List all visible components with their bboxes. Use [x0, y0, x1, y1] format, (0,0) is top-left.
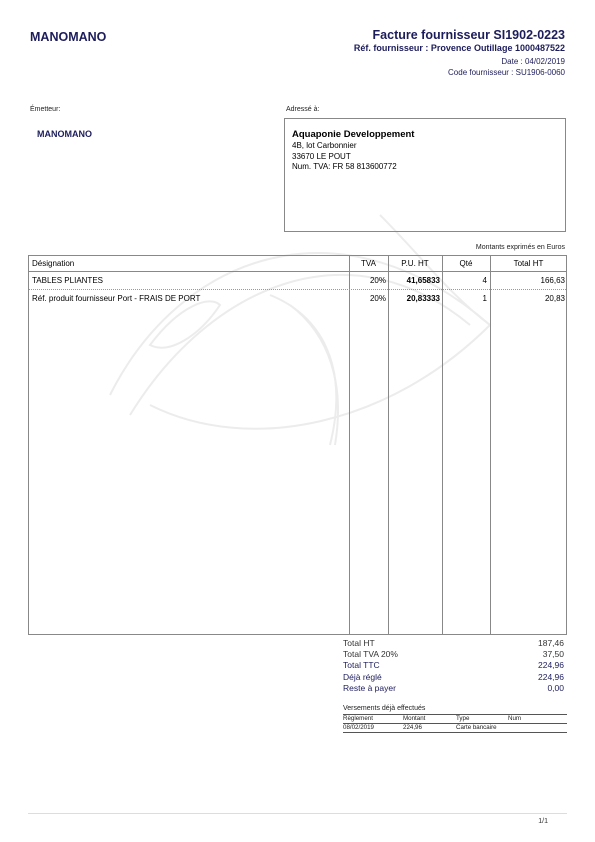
recipient-address-box: Aquaponie Developpement 4B, lot Carbonni…	[284, 118, 566, 232]
line-unit-price: 41,65833	[388, 272, 440, 289]
total-tva-line: Total TVA 20% 37,50	[343, 649, 564, 660]
line-qty: 4	[442, 272, 487, 289]
payments-title: Versements déjà effectués	[343, 705, 567, 712]
total-ht-label: Total HT	[343, 638, 375, 649]
column-header-qty: Qté	[442, 256, 490, 271]
recipient-vat-number: Num. TVA: FR 58 813600772	[292, 162, 414, 173]
line-designation: Réf. produit fournisseur Port - FRAIS DE…	[32, 290, 342, 307]
emitter-name: MANOMANO	[37, 129, 92, 139]
table-header: Désignation TVA P.U. HT Qté Total HT	[29, 256, 566, 272]
remaining-value: 0,00	[547, 683, 564, 694]
footer-divider	[28, 813, 567, 814]
column-divider	[349, 256, 350, 634]
line-tva: 20%	[349, 272, 386, 289]
total-ttc-label: Total TTC	[343, 660, 380, 671]
table-row: Réf. produit fournisseur Port - FRAIS DE…	[29, 290, 566, 307]
total-ttc-value: 224,96	[538, 660, 564, 671]
recipient-address-line1: 4B, lot Carbonnier	[292, 141, 414, 152]
remaining-label: Reste à payer	[343, 683, 396, 694]
line-total-ht: 166,63	[490, 272, 565, 289]
company-name: MANOMANO	[30, 30, 106, 44]
line-qty: 1	[442, 290, 487, 307]
recipient-label: Adressé à:	[286, 106, 319, 113]
table-row: TABLES PLIANTES 20% 41,65833 4 166,63	[29, 272, 566, 290]
invoice-date: Date : 04/02/2019	[501, 57, 565, 66]
invoice-title: Facture fournisseur SI1902-0223	[373, 28, 565, 42]
payment-type: Carte bancaire	[456, 724, 497, 732]
line-total-ht: 20,83	[490, 290, 565, 307]
payments-column-num: Num	[508, 715, 521, 723]
payment-row: 08/02/2019 224,96 Carte bancaire	[343, 724, 567, 733]
total-ht-line: Total HT 187,46	[343, 638, 564, 649]
payment-amount: 224,96	[403, 724, 422, 732]
line-unit-price: 20,83333	[388, 290, 440, 307]
totals-block: Total HT 187,46 Total TVA 20% 37,50 Tota…	[343, 638, 564, 694]
paid-value: 224,96	[538, 672, 564, 683]
payments-header: Règlement Montant Type Num	[343, 714, 567, 724]
payments-column-date: Règlement	[343, 715, 373, 723]
total-ht-value: 187,46	[538, 638, 564, 649]
page-number: 1/1	[538, 818, 548, 825]
emitter-label: Émetteur:	[30, 106, 60, 113]
column-header-designation: Désignation	[32, 256, 342, 271]
payments-section: Versements déjà effectués Règlement Mont…	[343, 705, 567, 733]
column-divider	[388, 256, 389, 634]
paid-label: Déjà réglé	[343, 672, 382, 683]
column-divider	[490, 256, 491, 634]
supplier-code: Code fournisseur : SU1906-0060	[448, 68, 565, 77]
column-header-tva: TVA	[349, 256, 388, 271]
total-tva-label: Total TVA 20%	[343, 649, 398, 660]
recipient-address-line2: 33670 LE POUT	[292, 152, 414, 163]
paid-line: Déjà réglé 224,96	[343, 672, 564, 683]
line-designation: TABLES PLIANTES	[32, 272, 342, 289]
invoice-lines-table: Désignation TVA P.U. HT Qté Total HT TAB…	[28, 255, 567, 635]
recipient-name: Aquaponie Developpement	[292, 129, 414, 141]
column-header-total-ht: Total HT	[490, 256, 567, 271]
remaining-line: Reste à payer 0,00	[343, 683, 564, 694]
column-divider	[442, 256, 443, 634]
line-tva: 20%	[349, 290, 386, 307]
total-ttc-line: Total TTC 224,96	[343, 660, 564, 671]
payments-column-amount: Montant	[403, 715, 425, 723]
total-tva-value: 37,50	[543, 649, 564, 660]
supplier-reference: Réf. fournisseur : Provence Outillage 10…	[354, 43, 565, 53]
column-header-unit-price: P.U. HT	[388, 256, 442, 271]
currency-note: Montants exprimés en Euros	[476, 244, 565, 251]
payment-date: 08/02/2019	[343, 724, 374, 732]
payments-column-type: Type	[456, 715, 469, 723]
